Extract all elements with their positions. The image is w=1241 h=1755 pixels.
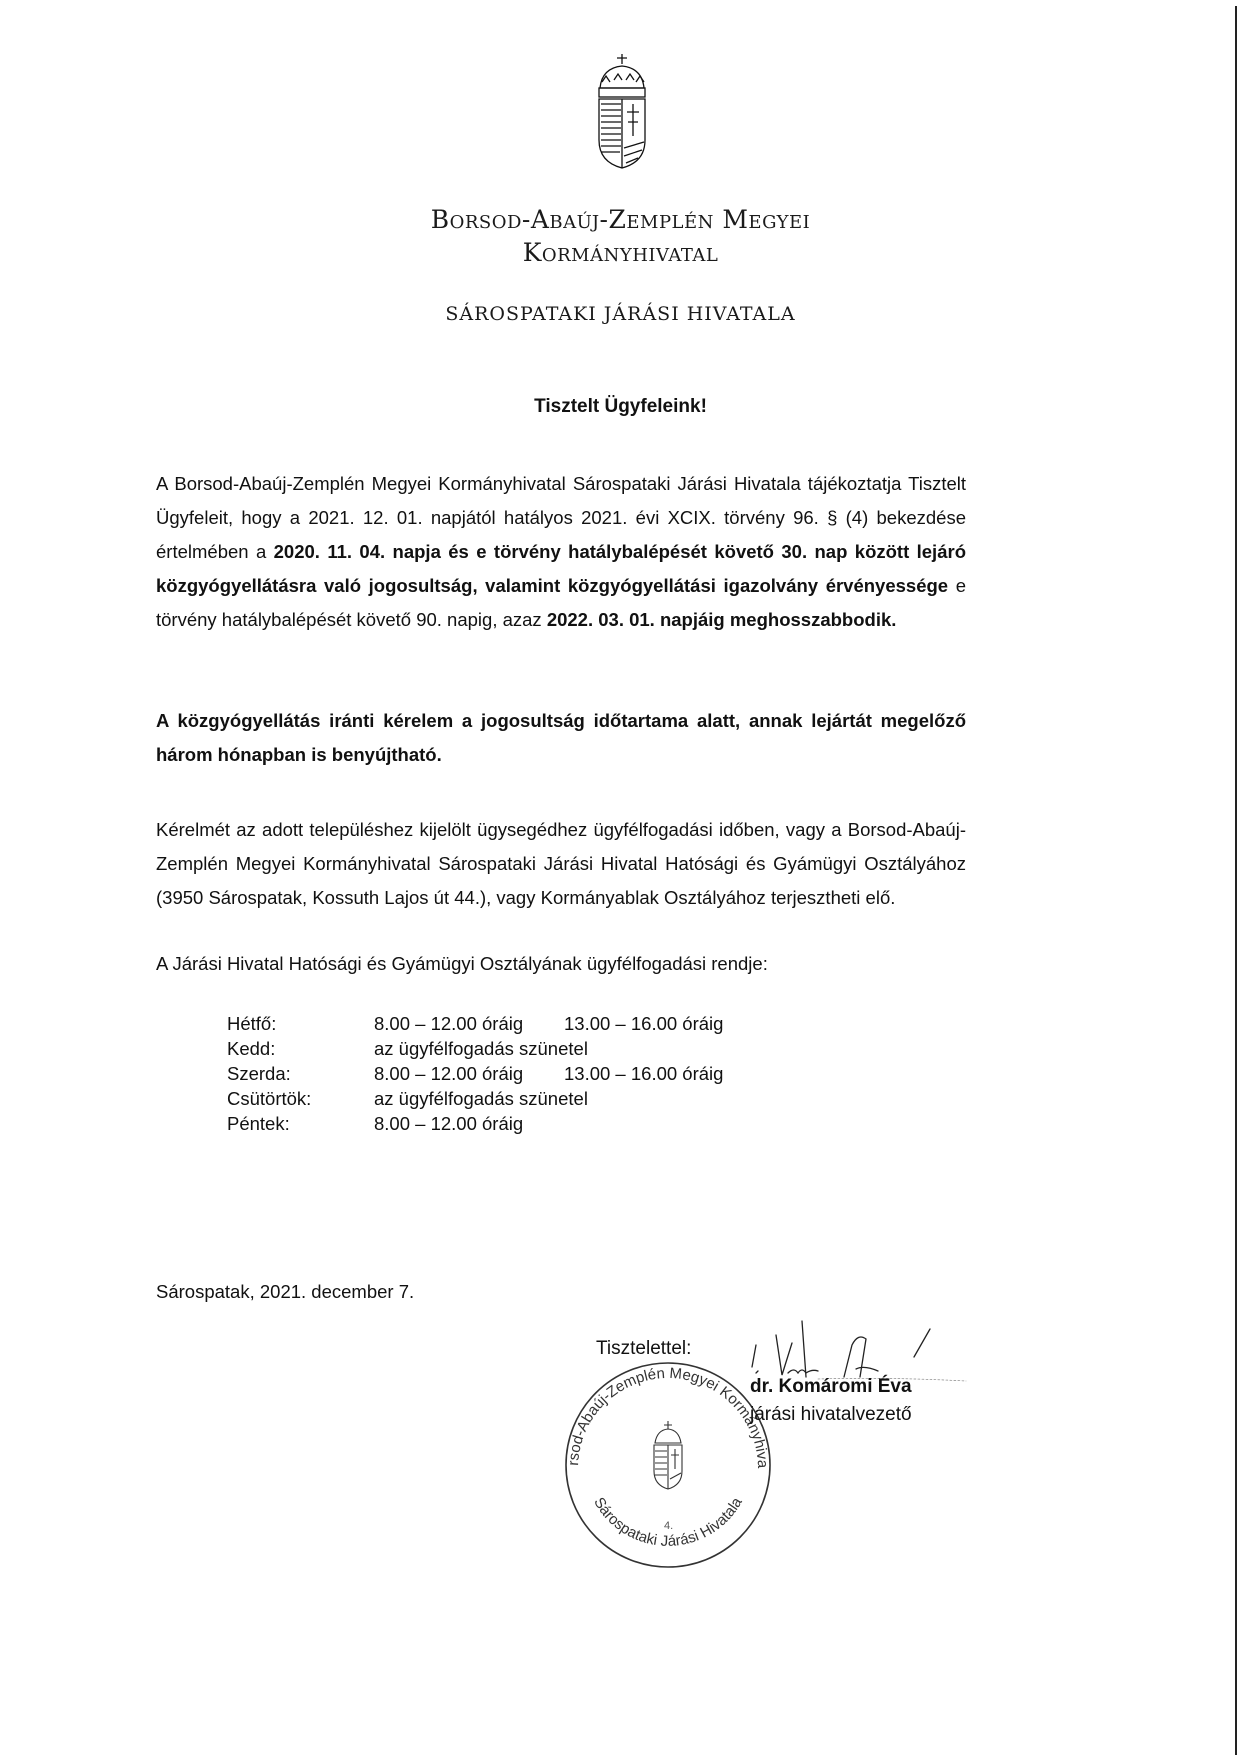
handwritten-signature-icon — [748, 1315, 968, 1385]
schedule-day: Csütörtök: — [227, 1088, 374, 1113]
schedule-slot1: 8.00 – 12.00 óráig — [374, 1013, 564, 1038]
salutation: Tisztelt Ügyfeleink! — [0, 396, 1241, 418]
p1-seg-1: 2020. 11. 04. napja és e törvény hatályb… — [156, 541, 966, 596]
paragraph-submission: Kérelmét az adott településhez kijelölt … — [156, 813, 966, 915]
org-name-line2: Kormányhivatal — [0, 238, 1241, 267]
schedule-row: Kedd: az ügyfélfogadás szünetel — [227, 1038, 723, 1063]
schedule-row: Péntek: 8.00 – 12.00 óráig — [227, 1113, 723, 1138]
schedule-slot1: 8.00 – 12.00 óráig — [374, 1113, 723, 1138]
document-page: Borsod-Abaúj-Zemplén Megyei Kormányhivat… — [0, 0, 1241, 1755]
schedule-row: Csütörtök: az ügyfélfogadás szünetel — [227, 1088, 723, 1113]
office-name: Sárospataki Járási Hivatala — [0, 303, 1241, 325]
schedule-day: Kedd: — [227, 1038, 374, 1063]
paragraph-application-window: A közgyógyellátás iránti kérelem a jogos… — [156, 704, 966, 772]
stamp-number: 4. — [664, 1520, 673, 1532]
schedule-slot2: 13.00 – 16.00 óráig — [564, 1013, 723, 1038]
org-name-line1: Borsod-Abaúj-Zemplén Megyei — [0, 205, 1241, 234]
signer-name: dr. Komáromi Éva — [750, 1376, 912, 1398]
schedule-slot2: 13.00 – 16.00 óráig — [564, 1063, 723, 1088]
p1-seg-3: 2022. 03. 01. napjáig meghosszabbodik. — [547, 609, 897, 630]
signer-title: járási hivatalvezető — [750, 1404, 912, 1426]
coat-of-arms-icon — [590, 52, 654, 170]
schedule-day: Hétfő: — [227, 1013, 374, 1038]
schedule-day: Péntek: — [227, 1113, 374, 1138]
office-hours-table: Hétfő: 8.00 – 12.00 óráig 13.00 – 16.00 … — [227, 1013, 723, 1138]
closing-phrase: Tisztelettel: — [596, 1338, 691, 1360]
schedule-slot1: az ügyfélfogadás szünetel — [374, 1088, 723, 1113]
schedule-row: Hétfő: 8.00 – 12.00 óráig 13.00 – 16.00 … — [227, 1013, 723, 1038]
scan-edge-line — [1235, 6, 1237, 1755]
schedule-row: Szerda: 8.00 – 12.00 óráig 13.00 – 16.00… — [227, 1063, 723, 1088]
place-and-date: Sárospatak, 2021. december 7. — [156, 1281, 414, 1303]
paragraph-extension-notice: A Borsod-Abaúj-Zemplén Megyei Kormányhiv… — [156, 467, 966, 637]
svg-text:Borsod-Abaúj-Zemplén Megyei Ko: Borsod-Abaúj-Zemplén Megyei Kormányhivat… — [548, 1343, 771, 1469]
schedule-slot1: 8.00 – 12.00 óráig — [374, 1063, 564, 1088]
schedule-slot1: az ügyfélfogadás szünetel — [374, 1038, 723, 1063]
paragraph-hours-intro: A Járási Hivatal Hatósági és Gyámügyi Os… — [156, 947, 966, 981]
stamp-top-text: Borsod-Abaúj-Zemplén Megyei Kormányhivat… — [548, 1343, 771, 1469]
schedule-day: Szerda: — [227, 1063, 374, 1088]
